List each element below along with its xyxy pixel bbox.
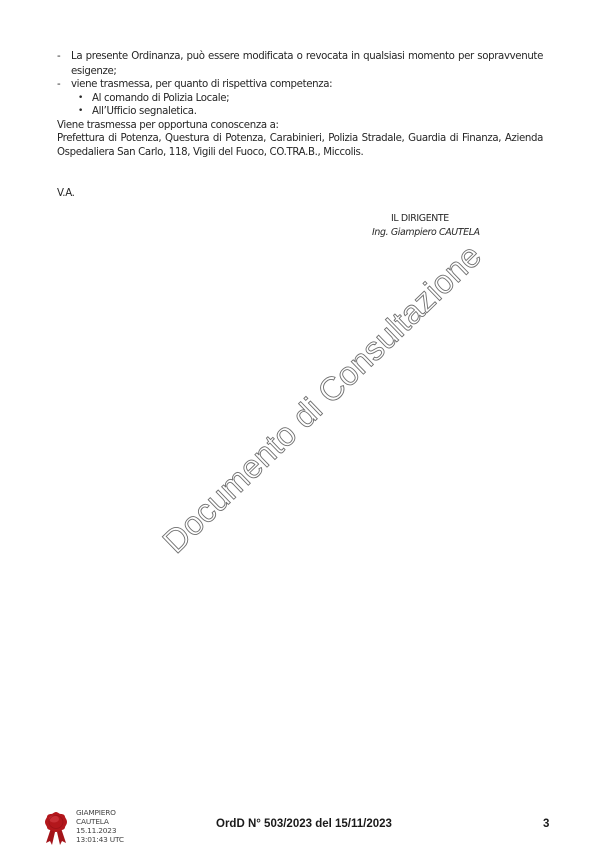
list-item: - viene trasmessa, per quanto di rispett… [57,78,332,92]
cc-list-line1: Prefettura di Potenza, Questura di Poten… [57,132,543,146]
signature-time: 13:01:43 UTC [76,836,124,845]
bullet-icon: • [78,105,83,119]
signature-title: IL DIRIGENTE [391,213,449,224]
list-item-text-line2: esigenze; [71,65,117,79]
list-item-text: viene trasmessa, per quanto di rispettiv… [71,79,332,90]
sub-list-item-text: All’Ufficio segnaletica. [92,106,197,117]
sub-list-item: • All’Ufficio segnaletica. [57,105,197,119]
digital-signature-info: GIAMPIERO CAUTELA 15.11.2023 13:01:43 UT… [76,809,124,845]
sub-list-item: • Al comando di Polizia Locale; [57,92,229,106]
cc-intro: Viene trasmessa per opportuna conoscenza… [57,119,279,133]
document-reference: OrdD N° 503/2023 del 15/11/2023 [216,818,392,830]
sub-list-item-text: Al comando di Polizia Locale; [92,93,229,104]
signature-name: Ing. Giampiero CAUTELA [372,227,480,238]
list-item: - La presente Ordinanza, può essere modi… [57,50,543,64]
cc-list-line2: Ospedaliera San Carlo, 118, Vigili del F… [57,146,363,160]
document-page: - La presente Ordinanza, può essere modi… [0,0,600,849]
watermark: Documento di Consultazione [155,283,440,560]
bullet-icon: • [78,92,83,106]
page-number: 3 [543,818,549,830]
list-item-text-line1: La presente Ordinanza, può essere modifi… [71,50,543,64]
wax-seal-icon [42,810,70,846]
dash-marker: - [57,50,60,64]
initials: V.A. [57,187,75,201]
dash-marker: - [57,78,60,92]
